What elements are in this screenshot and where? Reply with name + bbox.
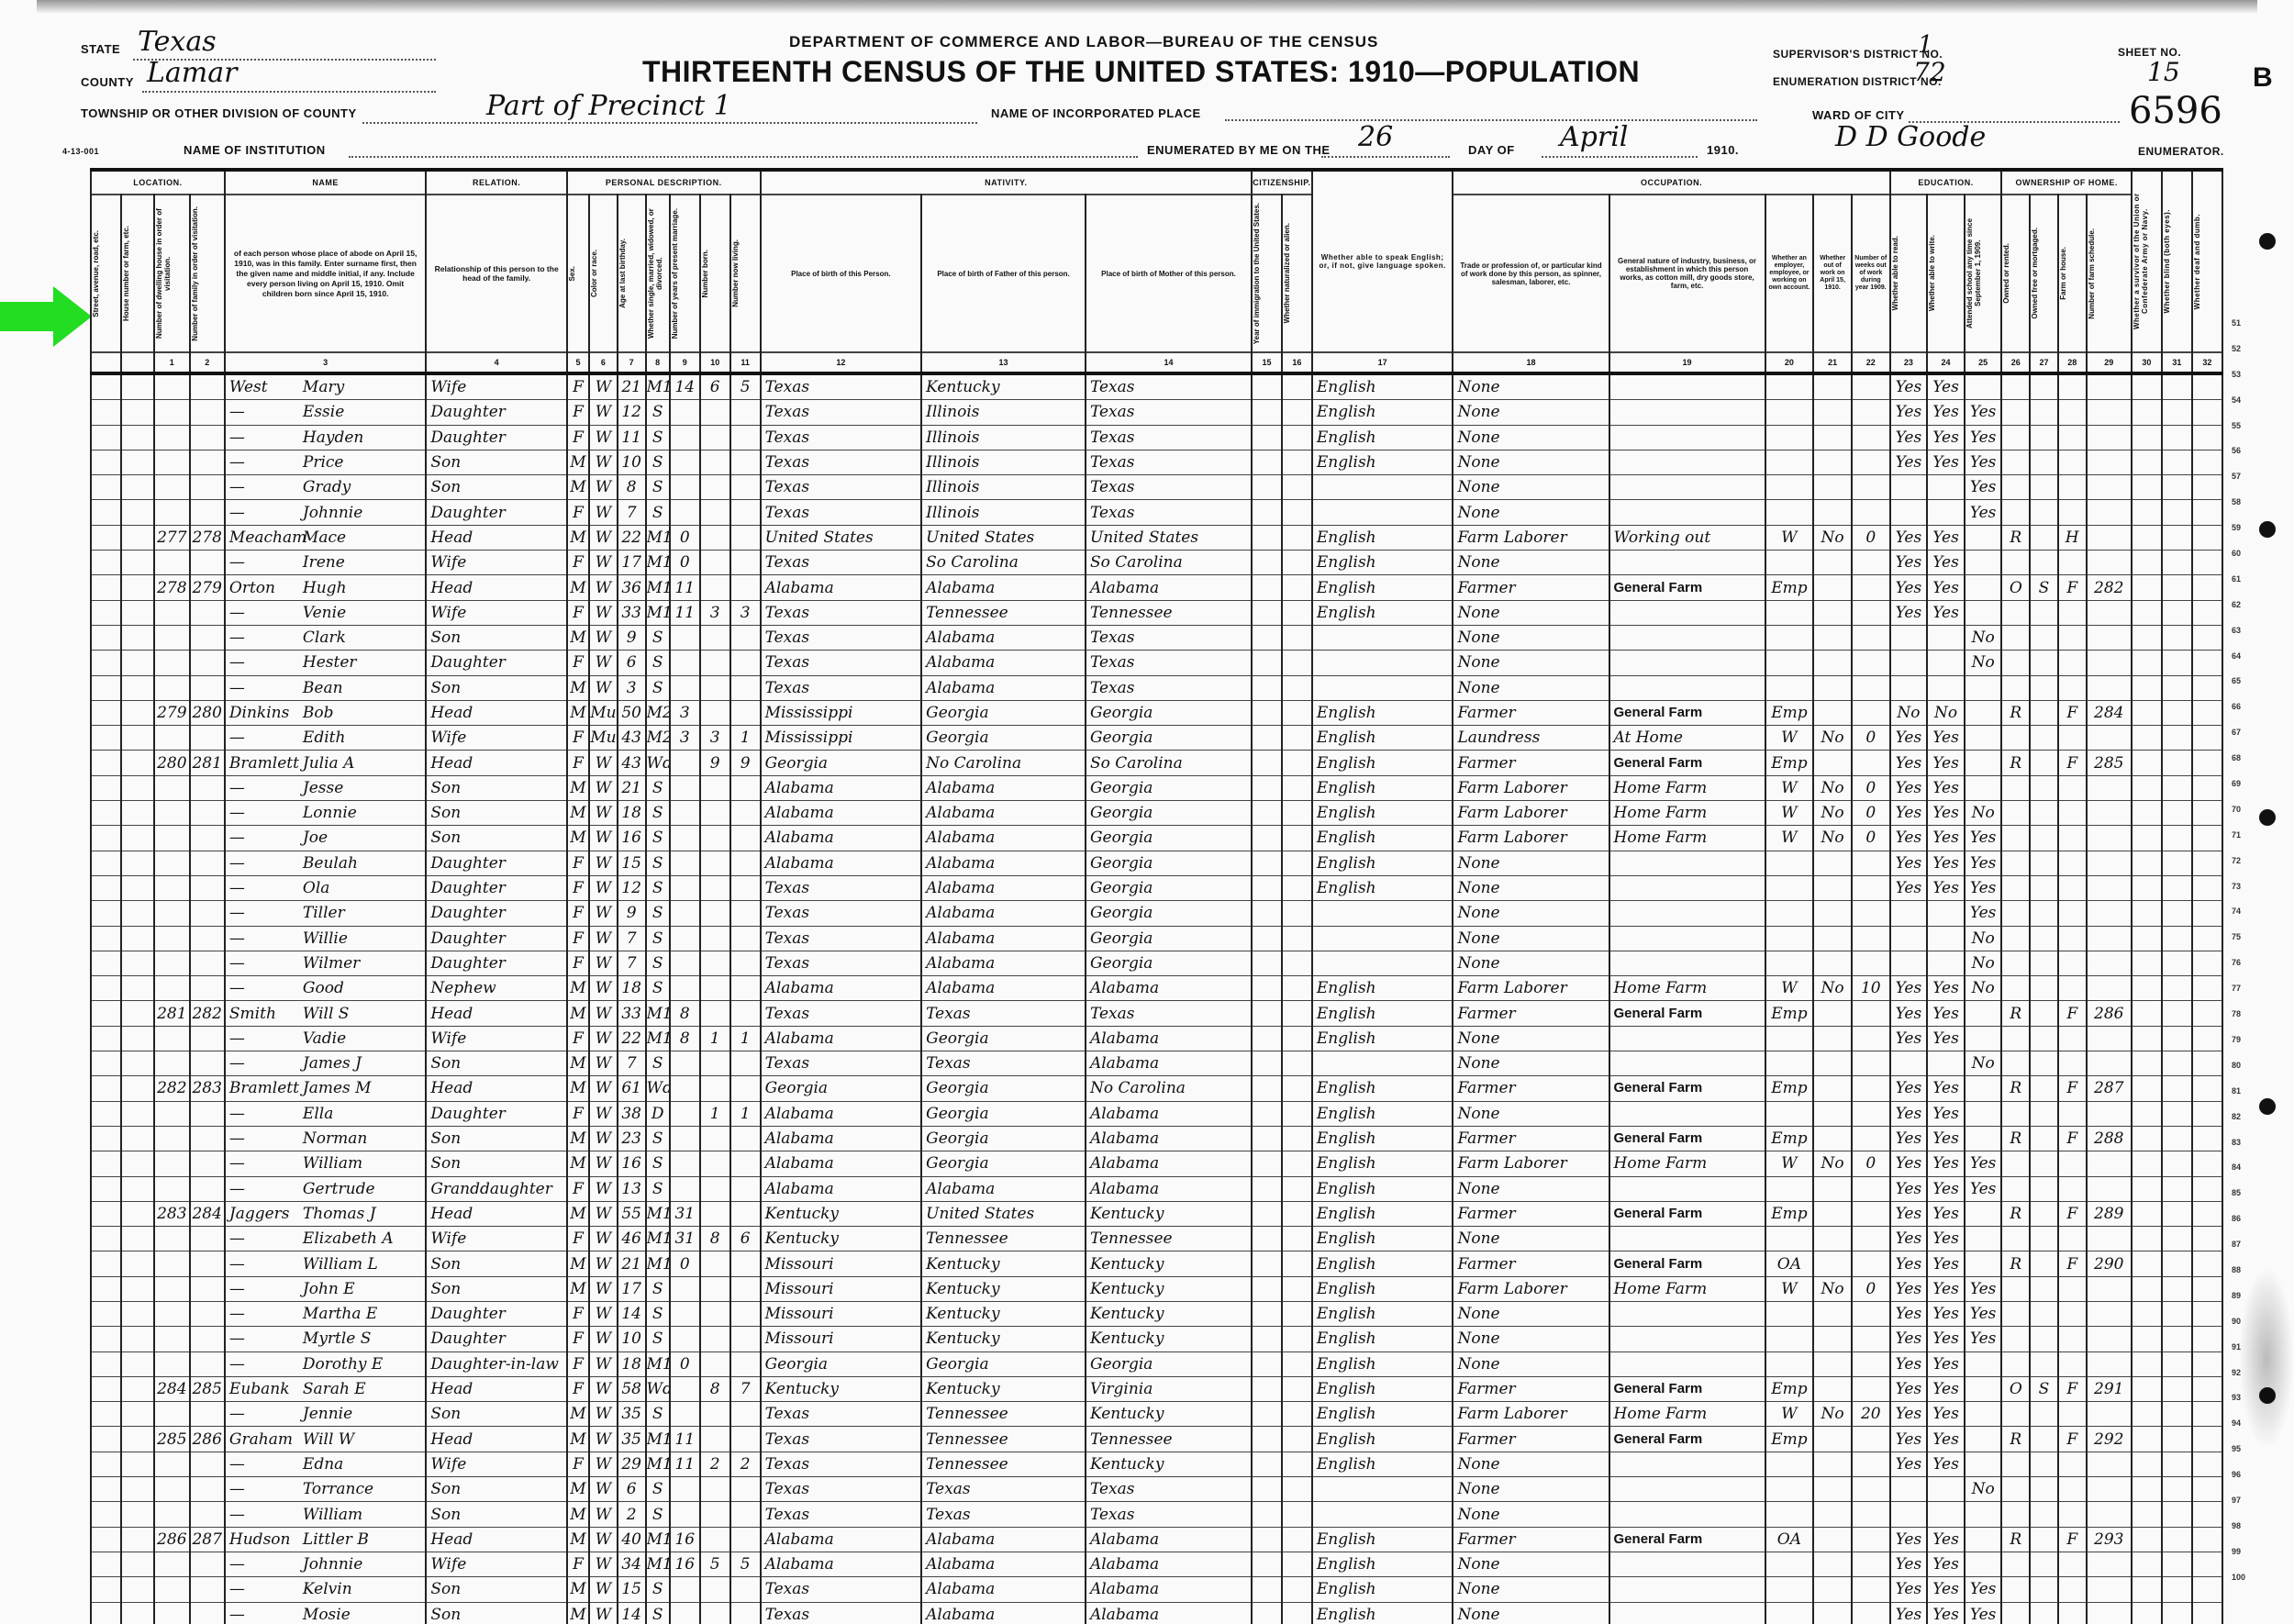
cell-english: English [1312, 1176, 1453, 1201]
group-personal-description: PERSONAL DESCRIPTION. [567, 170, 761, 195]
cell-name: —Dorothy E [225, 1351, 426, 1376]
cell-out [1813, 600, 1852, 625]
cell-read [1890, 475, 1928, 500]
cell-living [730, 625, 761, 650]
cell-bpf: So Carolina [921, 551, 1086, 575]
cell-own [2001, 1276, 2030, 1301]
group-education: EDUCATION. [1890, 170, 2002, 195]
cell-marital: S [646, 675, 670, 700]
cell-blank [1252, 1201, 1282, 1226]
cell-blank [91, 951, 121, 975]
cell-free [2030, 1527, 2058, 1552]
cell-sex: F [567, 373, 589, 400]
cell-english: English [1312, 1151, 1453, 1176]
cell-blank [1252, 1552, 1282, 1576]
cell-name: WestMary [225, 373, 426, 400]
cell-school [1965, 1001, 2002, 1026]
cell-bpf: Georgia [921, 726, 1086, 751]
cell-blank [121, 1176, 154, 1201]
cell-sex: F [567, 726, 589, 751]
cell-trade: None [1453, 1227, 1609, 1251]
cell-out: No [1813, 1151, 1852, 1176]
cell-read: Yes [1890, 1176, 1928, 1201]
cell-fs: 291 [2087, 1376, 2132, 1401]
cell-blank [121, 1076, 154, 1101]
cell-bpm: Georgia [1086, 851, 1252, 875]
cell-emp: W [1765, 726, 1814, 751]
cell-bp: Texas [761, 651, 922, 675]
cell-english [1312, 1502, 1453, 1527]
cell-read: Yes [1890, 1577, 1928, 1602]
cell-blank [2192, 1126, 2222, 1151]
cell-out [1813, 450, 1852, 474]
cell-trade: None [1453, 951, 1609, 975]
cell-age: 7 [618, 951, 646, 975]
cell-blank [1252, 775, 1282, 800]
cell-name: —Ola [225, 875, 426, 900]
cell-english: English [1312, 1026, 1453, 1051]
cell-own [2001, 1552, 2030, 1576]
cell-english: English [1312, 1101, 1453, 1126]
given-name: James J [303, 1054, 362, 1073]
cell-blank [2162, 1327, 2192, 1351]
cell-weeks: 0 [1852, 1276, 1890, 1301]
cell-trade: None [1453, 1051, 1609, 1076]
cell-blank [1252, 600, 1282, 625]
cell-blank [91, 1301, 121, 1326]
cell-trade: None [1453, 1026, 1609, 1051]
given-name: Bean [303, 679, 343, 697]
header-house-number: House number or farm, etc. [121, 195, 154, 352]
cell-family [190, 651, 225, 675]
cell-marital: M2 [646, 700, 670, 725]
cell-free [2030, 1602, 2058, 1624]
cell-fs [2087, 1327, 2132, 1351]
cell-industry: Home Farm [1609, 1402, 1765, 1427]
cell-read: Yes [1890, 1327, 1928, 1351]
cell-blank [121, 450, 154, 474]
cell-name: —Grady [225, 475, 426, 500]
cell-bpf: United States [921, 525, 1086, 550]
cell-blank [2192, 1227, 2222, 1251]
cell-emp: W [1765, 775, 1814, 800]
cell-trade: None [1453, 551, 1609, 575]
cell-industry [1609, 1577, 1765, 1602]
cell-blank [2132, 1201, 2162, 1226]
cell-out [1813, 1001, 1852, 1026]
cell-age: 18 [618, 976, 646, 1001]
cell-born [700, 551, 730, 575]
cell-relation: Nephew [426, 976, 567, 1001]
cell-sex: F [567, 551, 589, 575]
cell-out [1813, 475, 1852, 500]
cell-fh: F [2058, 751, 2087, 775]
cell-english: English [1312, 726, 1453, 751]
cell-fs: 285 [2087, 751, 2132, 775]
cell-blank [2192, 1151, 2222, 1176]
cell-out: No [1813, 1402, 1852, 1427]
cell-blank [1252, 1402, 1282, 1427]
surname: — [229, 801, 303, 825]
cell-school: No [1965, 625, 2002, 650]
cell-school [1965, 1552, 2002, 1576]
cell-sex: M [567, 976, 589, 1001]
cell-dwelling [154, 1552, 189, 1576]
given-name: Johnnie [303, 1555, 362, 1574]
cell-blank [121, 1026, 154, 1051]
cell-dwelling [154, 400, 189, 425]
cell-blank [2192, 625, 2222, 650]
cell-own [2001, 951, 2030, 975]
cell-free [2030, 651, 2058, 675]
cell-name: —Joe [225, 826, 426, 851]
cell-bpm: Kentucky [1086, 1276, 1252, 1301]
cell-write: Yes [1927, 1527, 1965, 1552]
cell-relation: Daughter [426, 901, 567, 926]
cell-relation: Head [426, 525, 567, 550]
cell-blank [2132, 875, 2162, 900]
cell-emp [1765, 1026, 1814, 1051]
cell-free [2030, 951, 2058, 975]
cell-bpf: Illinois [921, 475, 1086, 500]
cell-living [730, 1427, 761, 1452]
cell-english: English [1312, 1276, 1453, 1301]
cell-english: English [1312, 425, 1453, 450]
cell-read: Yes [1890, 1402, 1928, 1427]
given-name: Jesse [303, 779, 343, 797]
column-number: 32 [2192, 352, 2222, 373]
cell-born [700, 1301, 730, 1326]
cell-own [2001, 400, 2030, 425]
cell-years [670, 675, 700, 700]
cell-write [1927, 951, 1965, 975]
cell-sex: F [567, 875, 589, 900]
cell-years: 0 [670, 525, 700, 550]
cell-free [2030, 1452, 2058, 1476]
cell-living [730, 1051, 761, 1076]
cell-fs [2087, 500, 2132, 525]
table-row: —EdnaWifeFW29M11122TexasTennesseeKentuck… [91, 1452, 2222, 1476]
cell-industry: General Farm [1609, 1251, 1765, 1276]
cell-age: 50 [618, 700, 646, 725]
cell-living [730, 450, 761, 474]
cell-blank [1282, 373, 1312, 400]
cell-school [1965, 1402, 2002, 1427]
cell-fs [2087, 801, 2132, 826]
cell-bpf: Alabama [921, 926, 1086, 951]
cell-own [2001, 726, 2030, 751]
surname: — [229, 551, 303, 574]
cell-relation: Daughter [426, 1327, 567, 1351]
cell-born [700, 675, 730, 700]
cell-bpm: Texas [1086, 1502, 1252, 1527]
cell-born [700, 475, 730, 500]
cell-fh [2058, 1227, 2087, 1251]
cell-bpm: Alabama [1086, 1527, 1252, 1552]
cell-blank [121, 625, 154, 650]
cell-blank [1282, 726, 1312, 751]
cell-fs [2087, 1101, 2132, 1126]
cell-weeks [1852, 1351, 1890, 1376]
cell-blank [2192, 675, 2222, 700]
cell-english: English [1312, 551, 1453, 575]
cell-out: No [1813, 801, 1852, 826]
table-row: 282283BramlettJames MHeadMW61WdGeorgiaGe… [91, 1076, 2222, 1101]
cell-free [2030, 775, 2058, 800]
cell-age: 61 [618, 1076, 646, 1101]
given-name: Sarah E [303, 1380, 366, 1398]
cell-name: —Tiller [225, 901, 426, 926]
cell-marital: S [646, 1502, 670, 1527]
table-row: —JennieSonMW35STexasTennesseeKentuckyEng… [91, 1402, 2222, 1427]
cell-blank [2162, 1227, 2192, 1251]
cell-blank [2132, 1602, 2162, 1624]
cell-years [670, 751, 700, 775]
cell-blank [2162, 1452, 2192, 1476]
cell-living: 9 [730, 751, 761, 775]
cell-industry: General Farm [1609, 1001, 1765, 1026]
cell-blank [2192, 1176, 2222, 1201]
cell-weeks [1852, 1502, 1890, 1527]
table-row: —BeanSonMW3STexasAlabamaTexasNone [91, 675, 2222, 700]
cell-weeks [1852, 951, 1890, 975]
cell-bpf: Kentucky [921, 1327, 1086, 1351]
cell-bpm: Texas [1086, 450, 1252, 474]
cell-marital: S [646, 901, 670, 926]
cell-write [1927, 1502, 1965, 1527]
cell-blank [2132, 826, 2162, 851]
cell-dwelling: 280 [154, 751, 189, 775]
cell-race: W [589, 1001, 618, 1026]
given-name: Mary [303, 378, 344, 396]
cell-age: 7 [618, 500, 646, 525]
cell-born [700, 1502, 730, 1527]
cell-read: Yes [1890, 1251, 1928, 1276]
cell-blank [1282, 801, 1312, 826]
cell-living [730, 525, 761, 550]
cell-fh [2058, 1402, 2087, 1427]
cell-blank [2192, 1327, 2222, 1351]
cell-relation: Daughter [426, 425, 567, 450]
line-number: 77 [2232, 975, 2259, 1001]
cell-fs: 284 [2087, 700, 2132, 725]
cell-family [190, 851, 225, 875]
line-number: 62 [2232, 592, 2259, 617]
cell-family: 278 [190, 525, 225, 550]
cell-blank [1252, 1101, 1282, 1126]
cell-industry: General Farm [1609, 751, 1765, 775]
cell-born [700, 500, 730, 525]
cell-fh [2058, 651, 2087, 675]
cell-school: No [1965, 1477, 2002, 1502]
cell-blank [1252, 826, 1282, 851]
given-name: Mace [303, 528, 346, 547]
cell-bpm: Georgia [1086, 826, 1252, 851]
cell-blank [1282, 1402, 1312, 1427]
cell-race: W [589, 1327, 618, 1351]
cell-fh [2058, 1577, 2087, 1602]
cell-dwelling [154, 875, 189, 900]
cell-industry [1609, 1051, 1765, 1076]
cell-blank [1282, 1101, 1312, 1126]
cell-family: 279 [190, 575, 225, 600]
cell-blank [91, 1026, 121, 1051]
cell-relation: Wife [426, 551, 567, 575]
cell-relation: Head [426, 1527, 567, 1552]
cell-industry [1609, 425, 1765, 450]
cell-living [730, 1276, 761, 1301]
cell-race: W [589, 976, 618, 1001]
cell-race: W [589, 951, 618, 975]
cell-write [1927, 625, 1965, 650]
cell-age: 21 [618, 1251, 646, 1276]
cell-dwelling [154, 625, 189, 650]
cell-blank [2192, 1402, 2222, 1427]
given-name: Julia A [303, 754, 354, 773]
cell-blank [2162, 575, 2192, 600]
cell-blank [1252, 901, 1282, 926]
cell-own [2001, 450, 2030, 474]
cell-out [1813, 551, 1852, 575]
enumerated-day: 26 [1358, 121, 1393, 153]
cell-free [2030, 1251, 2058, 1276]
column-number: 5 [567, 352, 589, 373]
cell-read: Yes [1890, 1026, 1928, 1051]
cell-fh [2058, 1452, 2087, 1476]
cell-fh [2058, 551, 2087, 575]
table-row: —HaydenDaughterFW11STexasIllinoisTexasEn… [91, 425, 2222, 450]
group-nativity: NATIVITY. [761, 170, 1252, 195]
line-number: 56 [2232, 438, 2259, 463]
header-years-married: Number of years of present marriage. [670, 195, 700, 352]
cell-living: 7 [730, 1376, 761, 1401]
column-number: 11 [730, 352, 761, 373]
cell-bpf: Alabama [921, 625, 1086, 650]
cell-write: Yes [1927, 450, 1965, 474]
cell-family [190, 1577, 225, 1602]
cell-sex: M [567, 700, 589, 725]
cell-born [700, 1402, 730, 1427]
cell-sex: M [567, 675, 589, 700]
cell-bp: Texas [761, 1452, 922, 1476]
cell-blank [2132, 1101, 2162, 1126]
cell-bpf: Alabama [921, 1577, 1086, 1602]
cell-marital: S [646, 926, 670, 951]
cell-blank [1282, 1327, 1312, 1351]
cell-born [700, 525, 730, 550]
cell-fs [2087, 1452, 2132, 1476]
cell-emp: W [1765, 1276, 1814, 1301]
cell-race: W [589, 1101, 618, 1126]
cell-bp: Alabama [761, 1176, 922, 1201]
cell-age: 9 [618, 625, 646, 650]
cell-emp [1765, 1051, 1814, 1076]
cell-bpf: Kentucky [921, 1276, 1086, 1301]
cell-write: Yes [1927, 1001, 1965, 1026]
cell-english: English [1312, 1527, 1453, 1552]
given-name: Ola [303, 879, 330, 897]
cell-family [190, 1251, 225, 1276]
cell-english [1312, 625, 1453, 650]
cell-emp: OA [1765, 1527, 1814, 1552]
cell-dwelling [154, 675, 189, 700]
cell-bp: Alabama [761, 575, 922, 600]
cell-own [2001, 1026, 2030, 1051]
cell-age: 7 [618, 926, 646, 951]
cell-weeks [1852, 1227, 1890, 1251]
cell-years [670, 625, 700, 650]
cell-industry: General Farm [1609, 1126, 1765, 1151]
cell-fh [2058, 475, 2087, 500]
cell-free [2030, 700, 2058, 725]
cell-family: 287 [190, 1527, 225, 1552]
cell-write [1927, 475, 1965, 500]
cell-family [190, 1402, 225, 1427]
given-name: Bob [303, 704, 334, 722]
cell-trade: None [1453, 1502, 1609, 1527]
cell-blank [1282, 1227, 1312, 1251]
cell-family [190, 1151, 225, 1176]
given-name: Good [303, 979, 344, 997]
cell-sex: M [567, 1151, 589, 1176]
cell-weeks: 0 [1852, 726, 1890, 751]
cell-out: No [1813, 525, 1852, 550]
cell-write: Yes [1927, 1602, 1965, 1624]
cell-blank [121, 700, 154, 725]
cell-blank [1282, 826, 1312, 851]
cell-bpm: Texas [1086, 400, 1252, 425]
cell-write: Yes [1927, 826, 1965, 851]
cell-free [2030, 1351, 2058, 1376]
table-row: —WilliamSonMW2STexasTexasTexasNone [91, 1502, 2222, 1527]
cell-bpm: Georgia [1086, 875, 1252, 900]
cell-weeks [1852, 1427, 1890, 1452]
cell-english: English [1312, 826, 1453, 851]
line-number: 60 [2232, 540, 2259, 566]
cell-industry [1609, 1477, 1765, 1502]
cell-free [2030, 500, 2058, 525]
cell-school: Yes [1965, 1176, 2002, 1201]
surname: — [229, 1577, 303, 1601]
column-number: 15 [1252, 352, 1282, 373]
cell-english: English [1312, 373, 1453, 400]
cell-bpf: Texas [921, 1502, 1086, 1527]
cell-age: 7 [618, 1051, 646, 1076]
cell-english [1312, 901, 1453, 926]
cell-fs: 290 [2087, 1251, 2132, 1276]
surname: Dinkins [229, 701, 303, 725]
cell-bpm: Texas [1086, 475, 1252, 500]
cell-bpf: No Carolina [921, 751, 1086, 775]
cell-read [1890, 951, 1928, 975]
cell-weeks [1852, 450, 1890, 474]
cell-write: Yes [1927, 1126, 1965, 1151]
cell-read: Yes [1890, 1602, 1928, 1624]
cell-trade: Farmer [1453, 1427, 1609, 1452]
cell-born: 6 [700, 373, 730, 400]
given-name: Jennie [303, 1405, 352, 1423]
cell-read: Yes [1890, 1101, 1928, 1126]
cell-industry: General Farm [1609, 1427, 1765, 1452]
cell-read: Yes [1890, 851, 1928, 875]
cell-write: Yes [1927, 551, 1965, 575]
cell-marital: M1 [646, 1527, 670, 1552]
cell-blank [2192, 1602, 2222, 1624]
cell-school: Yes [1965, 826, 2002, 851]
surname: — [229, 1503, 303, 1527]
cell-fh [2058, 1026, 2087, 1051]
cell-own [2001, 475, 2030, 500]
